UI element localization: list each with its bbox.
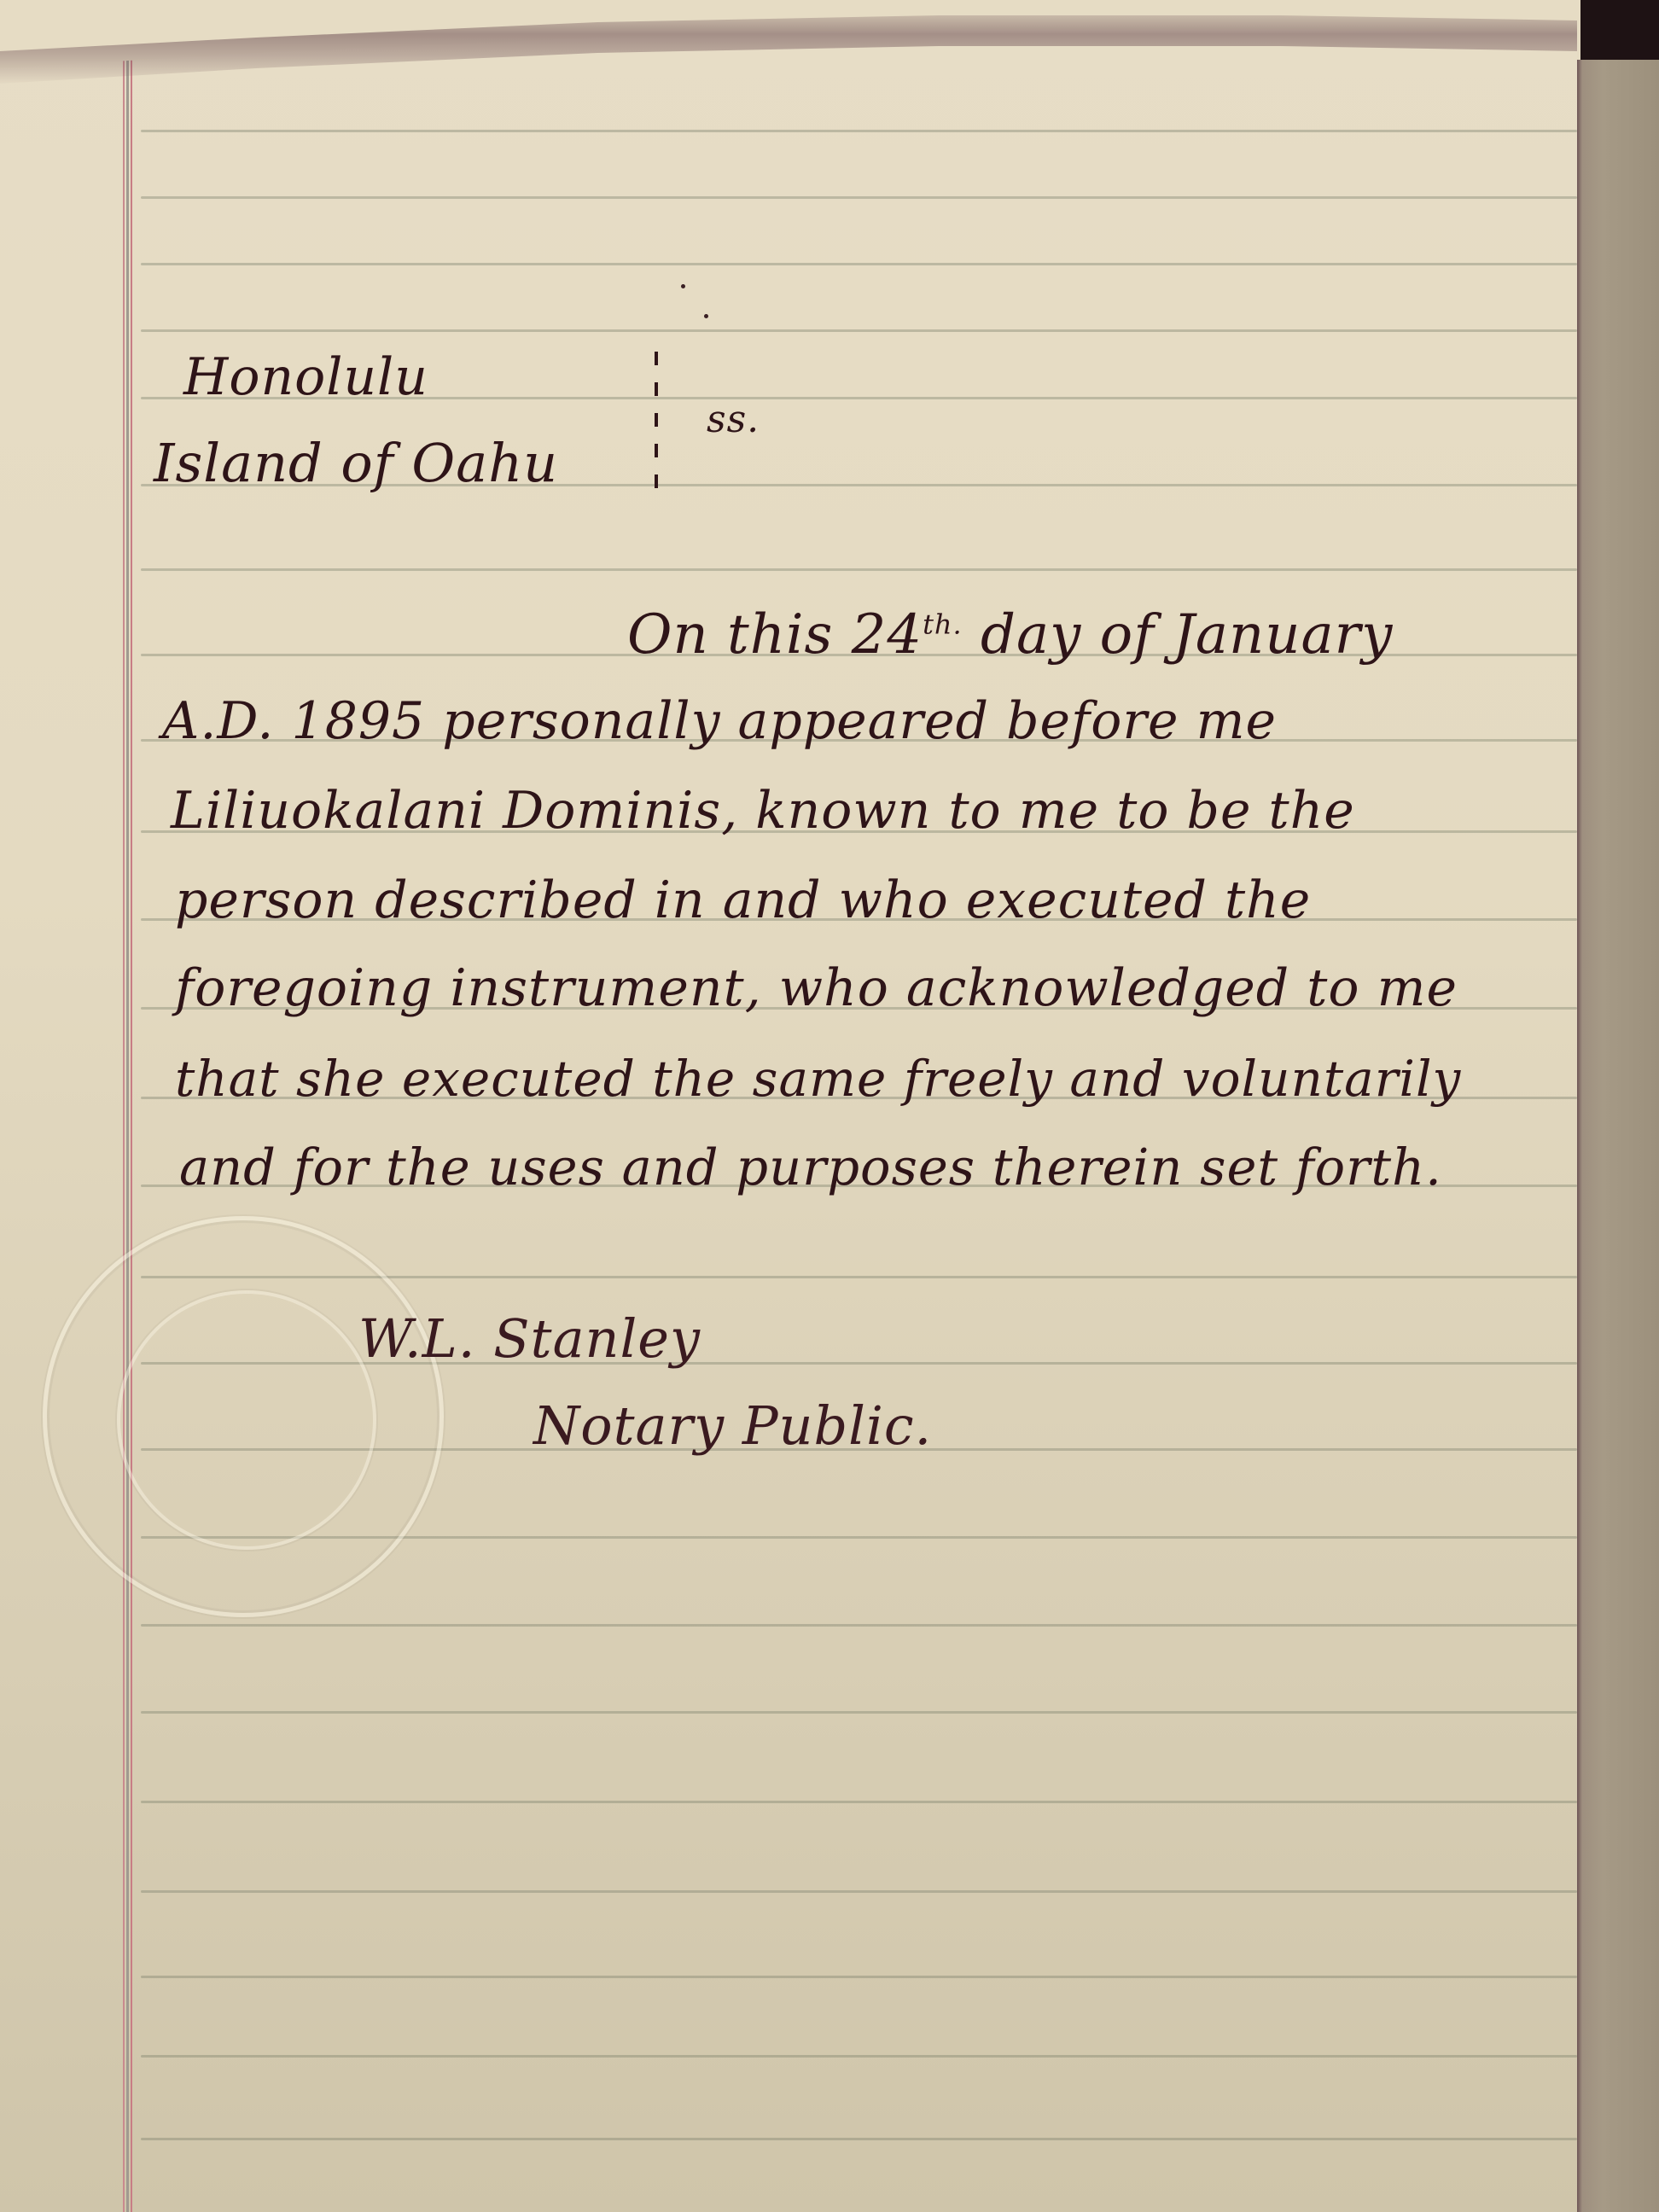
margin-line-red (131, 0, 132, 2212)
seal-inner-ring (117, 1290, 376, 1550)
ruled-line (141, 196, 1577, 199)
body-line-7: and for the uses and purposes therein se… (179, 1142, 1442, 1192)
ruled-line (141, 1801, 1577, 1803)
notary-signature: W.L. Stanley (358, 1313, 701, 1365)
ruled-line (141, 1976, 1577, 1978)
body-line-4: person described in and who executed the (175, 875, 1311, 926)
body-line-6: that she executed the same freely and vo… (175, 1054, 1461, 1103)
notary-title: Notary Public. (533, 1400, 932, 1452)
body-line-2: A.D. 1895 personally appeared before me (162, 696, 1277, 747)
venue-ss-abbrev: ss. (707, 401, 760, 439)
date-month: day of January (963, 603, 1394, 667)
ruled-line (141, 263, 1577, 265)
ink-speck (704, 314, 708, 318)
venue-bracket-separator (655, 352, 658, 498)
body-line-3: Liliuokalani Dominis, known to me to be … (171, 785, 1355, 836)
date-ordinal: th. (923, 608, 963, 641)
margin-line-grey (126, 0, 129, 2212)
body-line-1: On this 24th. day of January (627, 608, 1393, 662)
venue-city: Honolulu (183, 352, 428, 403)
ledger-page: Honolulu Island of Oahu ss. On this 24th… (0, 0, 1577, 2212)
ruled-line (141, 2055, 1577, 2058)
margin-line-red (123, 0, 125, 2212)
date-day: On this 24 (627, 603, 923, 667)
ruled-line (141, 130, 1577, 132)
ruled-line (141, 568, 1577, 571)
dark-background-corner (1580, 0, 1659, 64)
ruled-line (141, 2138, 1577, 2140)
ruled-line (141, 1890, 1577, 1893)
body-line-5: foregoing instrument, who acknowledged t… (175, 963, 1458, 1014)
adjacent-page-edge (1577, 60, 1659, 2212)
ruled-line (141, 329, 1577, 332)
ink-speck (681, 284, 685, 288)
ruled-line (141, 1711, 1577, 1714)
ruled-line (141, 1624, 1577, 1627)
venue-island: Island of Oahu (154, 437, 558, 490)
embossed-notary-seal (43, 1216, 444, 1617)
